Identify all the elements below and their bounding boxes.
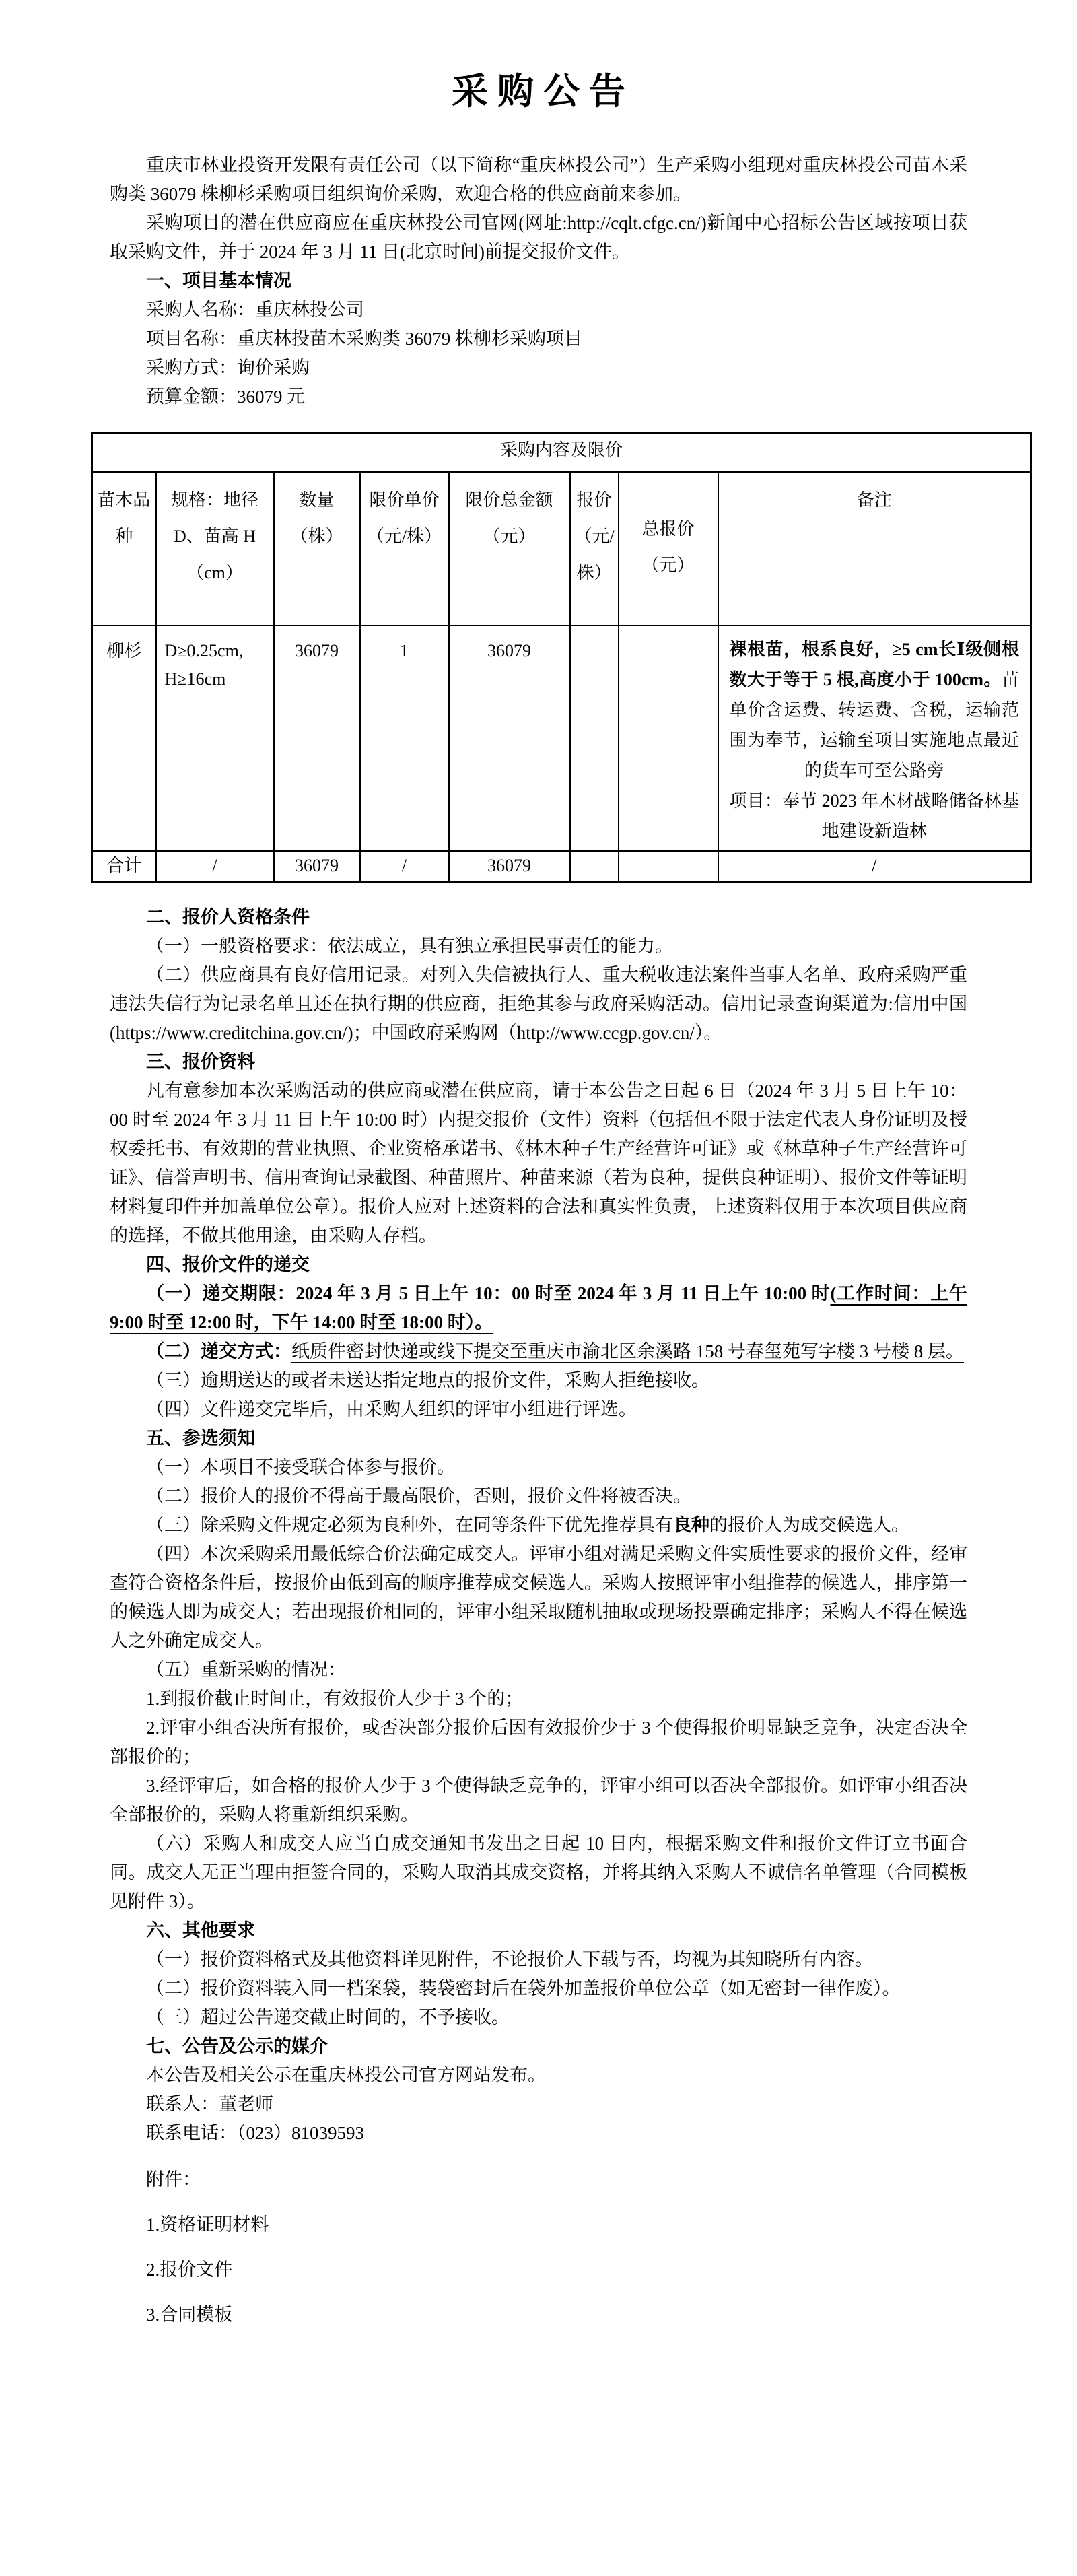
text-run: 3.经评审后，如合格的报价人少于 3 个使得缺乏竞争的，评审小组可以否决全部报价… xyxy=(110,1775,967,1825)
text-run: （一）本项目不接受联合体参与报价。 xyxy=(146,1457,455,1477)
section-heading: 一、项目基本情况 xyxy=(110,267,967,296)
text-run: 六、其他要求 xyxy=(146,1920,255,1940)
text-run: （二）报价人的报价不得高于最高限价，否则，报价文件将被否决。 xyxy=(146,1486,691,1506)
text-run: 1.资格证明材料 xyxy=(146,2214,269,2235)
cell-quote-input[interactable] xyxy=(570,625,619,851)
column-header: 报价（元/株） xyxy=(570,472,619,625)
text-run: 采购方式：询价采购 xyxy=(146,358,310,378)
total-cell xyxy=(619,851,718,882)
table-row: 柳杉D≥0.25cm, H≥16cm36079136079裸根苗，根系良好，≥5… xyxy=(92,625,1031,851)
total-cell xyxy=(570,851,619,882)
column-header: 数量（株） xyxy=(274,472,360,625)
table-total-row: 合计/36079/36079/ xyxy=(92,851,1031,882)
cell-total-price-cap: 36079 xyxy=(449,625,570,851)
text-run: 二、报价人资格条件 xyxy=(146,907,310,927)
text-run: 2.评审小组否决所有报价，或否决部分报价后因有效报价少于 3 个使得报价明显缺乏… xyxy=(110,1718,967,1767)
document-page: 采购公告重庆市林业投资开发限有责任公司（以下简称“重庆林投公司”）生产采购小组现… xyxy=(0,0,1077,2576)
column-header: 总报价（元） xyxy=(619,472,718,625)
total-cell: 36079 xyxy=(274,851,360,882)
paragraph: 采购方式：询价采购 xyxy=(110,353,967,382)
text-run: 四、报价文件的递交 xyxy=(146,1254,310,1275)
text-run: （一）报价资料格式及其他资料详见附件，不论报价人下载与否，均视为其知晓所有内容。 xyxy=(146,1949,873,1969)
table-caption-row: 采购内容及限价 xyxy=(92,433,1031,472)
text-run: 三、报价资料 xyxy=(146,1052,255,1072)
paragraph: 采购项目的潜在供应商应在重庆林投公司官网(网址:http://cqlt.cfgc… xyxy=(110,209,967,267)
paragraph: 1.到报价截止时间止，有效报价人少于 3 个的； xyxy=(110,1685,967,1714)
paragraph: 2.评审小组否决所有报价，或否决部分报价后因有效报价少于 3 个使得报价明显缺乏… xyxy=(110,1714,967,1771)
paragraph: 联系人：董老师 xyxy=(110,2090,967,2119)
text-run: 项目：奉节 2023 年木材战略储备林基地建设新造林 xyxy=(730,791,1020,841)
text-run: 项目名称：重庆林投苗木采购类 36079 株柳杉采购项目 xyxy=(146,329,582,349)
cell-total-quote-input[interactable] xyxy=(619,625,718,851)
paragraph: （三）超过公告递交截止时间的，不予接收。 xyxy=(110,2003,967,2032)
column-header: 限价单价（元/株） xyxy=(360,472,449,625)
section-heading: 三、报价资料 xyxy=(110,1048,967,1077)
text-run: 采购项目的潜在供应商应在重庆林投公司官网(网址:http://cqlt.cfgc… xyxy=(110,213,967,262)
text-run: （六）采购人和成交人应当自成交通知书发出之日起 10 日内，根据采购文件和报价文… xyxy=(110,1833,967,1911)
text-run: 预算金额：36079 元 xyxy=(146,386,305,407)
paragraph: （二）供应商具有良好信用记录。对列入失信被执行人、重大税收违法案件当事人名单、政… xyxy=(110,961,967,1048)
text-run: 裸根苗，根系良好，≥5 cm长Ⅰ级侧根数大于等于 5 根,高度小于 100cm。 xyxy=(730,640,1020,689)
paragraph: （一）递交期限：2024 年 3 月 5 日上午 10：00 时至 2024 年… xyxy=(110,1279,967,1337)
text-run: 3.合同模板 xyxy=(146,2305,232,2325)
paragraph: 项目名称：重庆林投苗木采购类 36079 株柳杉采购项目 xyxy=(110,325,967,353)
cell-spec: D≥0.25cm, H≥16cm xyxy=(156,625,274,851)
section-heading: 七、公告及公示的媒介 xyxy=(110,2032,967,2061)
total-cell: / xyxy=(156,851,274,882)
text-run: 良种 xyxy=(673,1515,709,1535)
text-run: （二）供应商具有良好信用记录。对列入失信被执行人、重大税收违法案件当事人名单、政… xyxy=(110,965,967,1043)
paragraph: （六）采购人和成交人应当自成交通知书发出之日起 10 日内，根据采购文件和报价文… xyxy=(110,1829,967,1916)
text-run: （一）一般资格要求：依法成立，具有独立承担民事责任的能力。 xyxy=(146,936,673,956)
text-run: （二）递交方式： xyxy=(146,1341,291,1361)
remark-paragraph: 裸根苗，根系良好，≥5 cm长Ⅰ级侧根数大于等于 5 根,高度小于 100cm。… xyxy=(730,634,1020,786)
total-cell: / xyxy=(718,851,1031,882)
paragraph: 凡有意参加本次采购活动的供应商或潜在供应商，请于本公告之日起 6 日（2024 … xyxy=(110,1077,967,1250)
text-run: 采购公告 xyxy=(452,71,635,112)
section-heading: 二、报价人资格条件 xyxy=(110,903,967,932)
text-run: （四）本次采购采用最低综合价法确定成交人。评审小组对满足采购文件实质性要求的报价… xyxy=(110,1544,967,1651)
text-run: 七、公告及公示的媒介 xyxy=(146,2036,328,2056)
paragraph: （二）报价资料装入同一档案袋，装袋密封后在袋外加盖报价单位公章（如无密封一律作废… xyxy=(110,1974,967,2003)
total-cell: 合计 xyxy=(92,851,156,882)
paragraph: （三）除采购文件规定必须为良种外，在同等条件下优先推荐具有良种的报价人为成交候选… xyxy=(110,1511,967,1540)
text-run: 的报价人为成交候选人。 xyxy=(709,1515,909,1535)
text-run: 2.报价文件 xyxy=(146,2260,232,2280)
text-run: 附件： xyxy=(146,2169,201,2190)
paragraph: （一）报价资料格式及其他资料详见附件，不论报价人下载与否，均视为其知晓所有内容。 xyxy=(110,1945,967,1974)
text-run: 联系电话：（023）81039593 xyxy=(146,2123,364,2143)
paragraph: （一）一般资格要求：依法成立，具有独立承担民事责任的能力。 xyxy=(110,932,967,961)
cell-quantity: 36079 xyxy=(274,625,360,851)
section-heading: 五、参选须知 xyxy=(110,1424,967,1453)
paragraph: （三）逾期送达的或者未送达指定地点的报价文件，采购人拒绝接收。 xyxy=(110,1366,967,1395)
total-cell: / xyxy=(360,851,449,882)
remark-paragraph: 项目：奉节 2023 年木材战略储备林基地建设新造林 xyxy=(730,786,1020,846)
paragraph: （四）本次采购采用最低综合价法确定成交人。评审小组对满足采购文件实质性要求的报价… xyxy=(110,1540,967,1656)
cell-species: 柳杉 xyxy=(92,625,156,851)
text-run: 重庆市林业投资开发限有责任公司（以下简称“重庆林投公司”）生产采购小组现对重庆林… xyxy=(110,155,967,204)
column-header: 限价总金额（元） xyxy=(449,472,570,625)
text-run: （二）报价资料装入同一档案袋，装袋密封后在袋外加盖报价单位公章（如无密封一律作废… xyxy=(146,1978,901,1998)
table-header-row: 苗木品种规格：地径 D、苗高 H（cm）数量（株）限价单价（元/株）限价总金额（… xyxy=(92,472,1031,625)
cell-remark: 裸根苗，根系良好，≥5 cm长Ⅰ级侧根数大于等于 5 根,高度小于 100cm。… xyxy=(718,625,1031,851)
paragraph: （一）本项目不接受联合体参与报价。 xyxy=(110,1453,967,1482)
text-run: 联系人：董老师 xyxy=(146,2094,273,2114)
paragraph: 3.合同模板 xyxy=(110,2301,967,2330)
text-run: 2024 年 3 月 5 日上午 10：00 时至 2024 年 3 月 11 … xyxy=(296,1283,830,1303)
text-run: 一、项目基本情况 xyxy=(146,271,291,291)
paragraph: 1.资格证明材料 xyxy=(110,2210,967,2239)
text-run: 采购人名称：重庆林投公司 xyxy=(146,300,364,320)
procurement-table: 采购内容及限价苗木品种规格：地径 D、苗高 H（cm）数量（株）限价单价（元/株… xyxy=(91,432,1032,883)
table-caption: 采购内容及限价 xyxy=(92,433,1031,472)
paragraph: 预算金额：36079 元 xyxy=(110,382,967,411)
section-heading: 六、其他要求 xyxy=(110,1916,967,1945)
paragraph: 3.经评审后，如合格的报价人少于 3 个使得缺乏竞争的，评审小组可以否决全部报价… xyxy=(110,1771,967,1829)
doc-title: 采购公告 xyxy=(110,67,967,116)
text-run: 本公告及相关公示在重庆林投公司官方网站发布。 xyxy=(146,2065,546,2085)
text-run: （一）递交期限： xyxy=(146,1283,296,1303)
column-header: 规格：地径 D、苗高 H（cm） xyxy=(156,472,274,625)
paragraph: 2.报价文件 xyxy=(110,2256,967,2284)
text-run: （三）除采购文件规定必须为良种外，在同等条件下优先推荐具有 xyxy=(146,1515,673,1535)
paragraph: 重庆市林业投资开发限有责任公司（以下简称“重庆林投公司”）生产采购小组现对重庆林… xyxy=(110,151,967,209)
text-run: （四）文件递交完毕后，由采购人组织的评审小组进行评选。 xyxy=(146,1399,637,1419)
text-run: 凡有意参加本次采购活动的供应商或潜在供应商，请于本公告之日起 6 日（2024 … xyxy=(110,1081,967,1246)
paragraph: 本公告及相关公示在重庆林投公司官方网站发布。 xyxy=(110,2061,967,2090)
text-run: 五、参选须知 xyxy=(146,1428,255,1448)
paragraph: （五）重新采购的情况： xyxy=(110,1656,967,1685)
text-run: （三）超过公告递交截止时间的，不予接收。 xyxy=(146,2007,510,2027)
text-run: 1.到报价截止时间止，有效报价人少于 3 个的； xyxy=(146,1689,523,1709)
paragraph: （二）报价人的报价不得高于最高限价，否则，报价文件将被否决。 xyxy=(110,1482,967,1511)
column-header: 备注 xyxy=(718,472,1031,625)
paragraph: 附件： xyxy=(110,2165,967,2194)
text-run: 纸质件密封快递或线下提交至重庆市渝北区余溪路 158 号春玺苑写字楼 3 号楼 … xyxy=(291,1341,964,1361)
text-run: （五）重新采购的情况： xyxy=(146,1660,346,1680)
column-header: 苗木品种 xyxy=(92,472,156,625)
paragraph: （四）文件递交完毕后，由采购人组织的评审小组进行评选。 xyxy=(110,1395,967,1424)
cell-unit-price-cap: 1 xyxy=(360,625,449,851)
paragraph: 采购人名称：重庆林投公司 xyxy=(110,296,967,325)
paragraph: 联系电话：（023）81039593 xyxy=(110,2119,967,2148)
section-heading: 四、报价文件的递交 xyxy=(110,1250,967,1279)
paragraph: （二）递交方式：纸质件密封快递或线下提交至重庆市渝北区余溪路 158 号春玺苑写… xyxy=(110,1337,967,1366)
total-cell: 36079 xyxy=(449,851,570,882)
text-run: （三）逾期送达的或者未送达指定地点的报价文件，采购人拒绝接收。 xyxy=(146,1370,709,1390)
